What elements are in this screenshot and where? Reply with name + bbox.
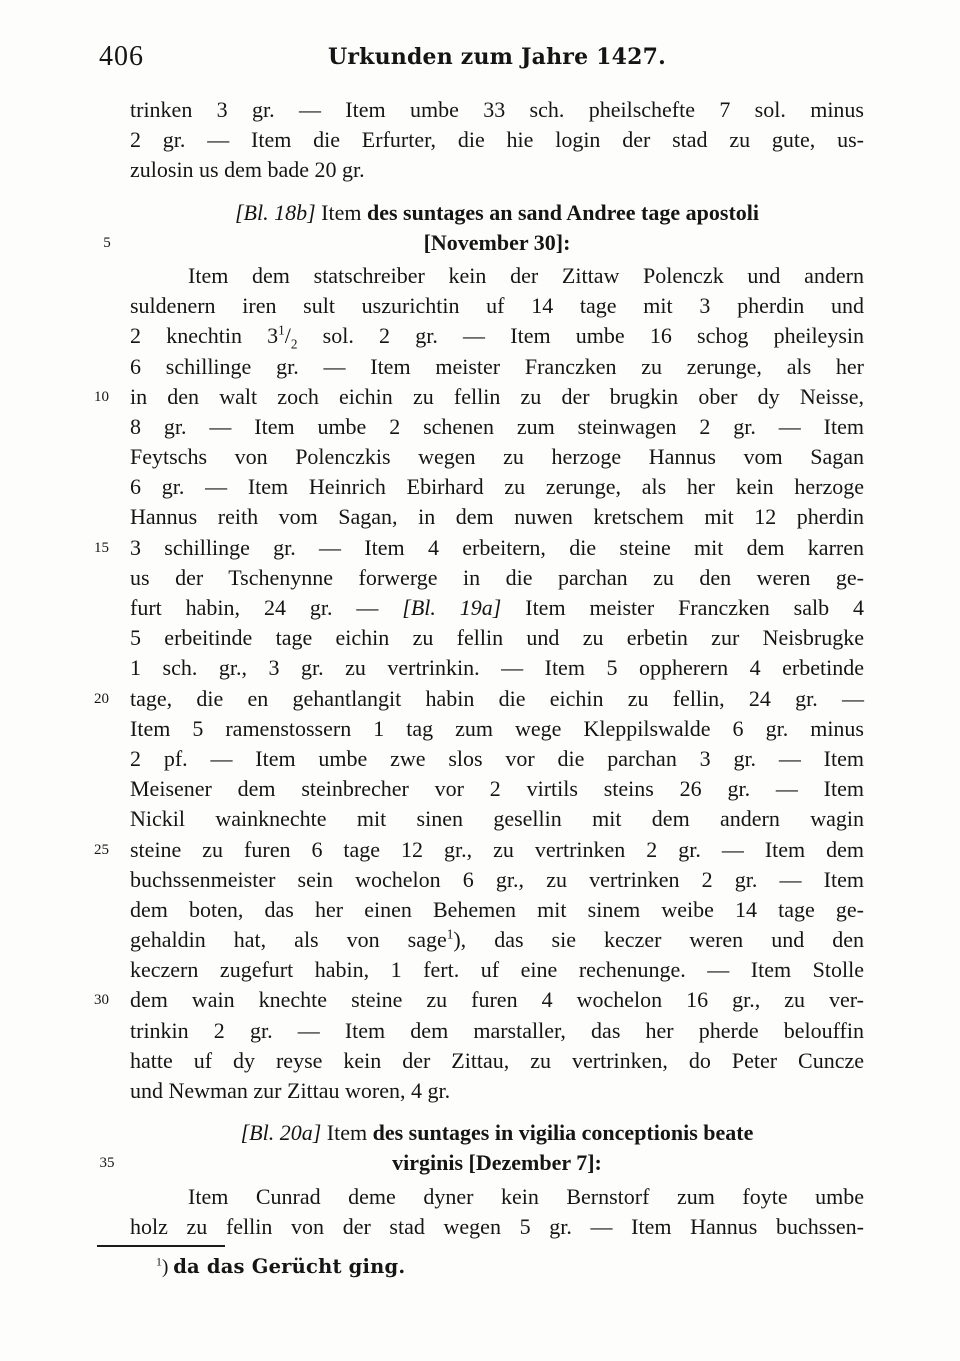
text-segment: dem wain knechte steine zu furen 4 woche…	[130, 987, 864, 1012]
text-line: 1 sch. gr., 3 gr. zu vertrinkin. — Item …	[130, 653, 864, 683]
footnote-section: 1) da das Gerücht ging.	[130, 1245, 864, 1281]
text-segment: und Newman zur Zittau woren, 4 gr.	[130, 1078, 450, 1103]
text-line: zulosin us dem bade 20 gr.	[130, 155, 864, 185]
text-line: 8 gr. — Item umbe 2 schenen zum steinwag…	[130, 412, 864, 442]
italic-folio-reference: [Bl. 19a]	[402, 595, 501, 620]
italic-folio-reference: [Bl. 18b]	[235, 200, 316, 225]
text-line: 6 gr. — Item Heinrich Ebirhard zu zerung…	[130, 472, 864, 502]
margin-line-number: 20	[94, 684, 120, 714]
text-body: trinken 3 gr. — Item umbe 33 sch. pheils…	[130, 95, 864, 1242]
margin-line-number: 25	[94, 835, 120, 865]
section-heading: [Bl. 20a] Item des suntages in vigilia c…	[130, 1118, 864, 1148]
text-segment: Meisener dem steinbrecher vor 2 virtils …	[130, 776, 864, 801]
running-title: Urkunden zum Jahre 1427.	[130, 42, 864, 72]
text-line: Item 5 ramenstossern 1 tag zum wege Klep…	[130, 714, 864, 744]
text-line: Hannus reith vom Sagan, in dem nuwen kre…	[130, 502, 864, 532]
text-segment: 8 gr. — Item umbe 2 schenen zum steinwag…	[130, 414, 864, 439]
text-line: Meisener dem steinbrecher vor 2 virtils …	[130, 774, 864, 804]
margin-line-number: 5	[94, 228, 120, 258]
text-line: 5 erbeitinde tage eichin zu fellin und z…	[130, 623, 864, 653]
bold-text-segment: des suntages an sand Andree tage apostol…	[367, 200, 759, 225]
text-segment: tage, die en gehantlangit habin die eich…	[130, 686, 864, 711]
text-line: keczern zugefurt habin, 1 fert. uf eine …	[130, 955, 864, 985]
text-line: gehaldin hat, als von sage1), das sie ke…	[130, 925, 864, 955]
text-segment: Hannus reith vom Sagan, in dem nuwen kre…	[130, 504, 864, 529]
page-header: 406 Urkunden zum Jahre 1427.	[130, 42, 864, 72]
text-line: holz zu fellin von der stad wegen 5 gr. …	[130, 1212, 864, 1242]
text-segment: 5 erbeitinde tage eichin zu fellin und z…	[130, 625, 864, 650]
text-segment: 2 pf. — Item umbe zwe slos vor die parch…	[130, 746, 864, 771]
text-segment: suldenern iren sult uszurichtin uf 14 ta…	[130, 293, 864, 318]
text-line: 2 pf. — Item umbe zwe slos vor die parch…	[130, 744, 864, 774]
footnote-separator	[97, 1245, 225, 1247]
text-line: furt habin, 24 gr. — [Bl. 19a] Item meis…	[130, 593, 864, 623]
margin-line-number: 35	[94, 1148, 120, 1178]
text-segment: Feytschs von Polenczkis wegen zu herzoge…	[130, 444, 864, 469]
text-line: 6 schillinge gr. — Item meister Franczke…	[130, 352, 864, 382]
fraktur-text-segment: da das Gerücht ging.	[173, 1255, 405, 1278]
text-segment: Item Cunrad deme dyner kein Bernstorf zu…	[188, 1184, 864, 1209]
text-line: 2 knechtin 31/2 sol. 2 gr. — Item umbe 1…	[130, 321, 864, 351]
text-segment: 2 knechtin 3	[130, 323, 278, 348]
bold-text-segment: [November 30]:	[424, 230, 571, 255]
text-segment: steine zu furen 6 tage 12 gr., zu vertri…	[130, 837, 864, 862]
text-line: us der Tschenynne forwerge in die parcha…	[130, 563, 864, 593]
text-line: 30dem wain knechte steine zu furen 4 woc…	[130, 985, 864, 1015]
text-segment: trinkin 2 gr. — Item dem marstaller, das…	[130, 1018, 864, 1043]
text-segment: Item dem statschreiber kein der Zittaw P…	[188, 263, 864, 288]
text-line: dem boten, das her einen Behemen mit sin…	[130, 895, 864, 925]
text-segment: Nickil wainknechte mit sinen gesellin mi…	[130, 806, 864, 831]
text-line: Item Cunrad deme dyner kein Bernstorf zu…	[130, 1182, 864, 1212]
text-segment: furt habin, 24 gr. —	[130, 595, 402, 620]
italic-folio-reference: [Bl. 20a]	[241, 1120, 322, 1145]
text-segment: ), das sie keczer weren und den	[453, 927, 864, 952]
text-line: Nickil wainknechte mit sinen gesellin mi…	[130, 804, 864, 834]
text-line: und Newman zur Zittau woren, 4 gr.	[130, 1076, 864, 1106]
margin-line-number: 10	[94, 382, 120, 412]
bold-text-segment: virginis [Dezember 7]:	[392, 1150, 602, 1175]
text-segment: dem boten, das her einen Behemen mit sin…	[130, 897, 864, 922]
text-line: 10in den walt zoch eichin zu fellin zu d…	[130, 382, 864, 412]
text-segment: 2 gr. — Item die Erfurter, die hie login…	[130, 127, 864, 152]
margin-line-number: 15	[94, 533, 120, 563]
text-line: trinkin 2 gr. — Item dem marstaller, das…	[130, 1016, 864, 1046]
text-line: trinken 3 gr. — Item umbe 33 sch. pheils…	[130, 95, 864, 125]
text-segment: 6 schillinge gr. — Item meister Franczke…	[130, 354, 864, 379]
text-line: suldenern iren sult uszurichtin uf 14 ta…	[130, 291, 864, 321]
margin-line-number: 30	[94, 985, 120, 1015]
text-line: 2 gr. — Item die Erfurter, die hie login…	[130, 125, 864, 155]
text-segment: keczern zugefurt habin, 1 fert. uf eine …	[130, 957, 864, 982]
section-heading: 5[November 30]:	[130, 228, 864, 258]
text-segment: holz zu fellin von der stad wegen 5 gr. …	[130, 1214, 864, 1239]
text-segment: Item	[321, 1120, 372, 1145]
text-segment: Item meister Franczken salb 4	[501, 595, 864, 620]
book-page: 406 Urkunden zum Jahre 1427. trinken 3 g…	[0, 0, 960, 1361]
text-segment: 6 gr. — Item Heinrich Ebirhard zu zerung…	[130, 474, 864, 499]
text-line: 25steine zu furen 6 tage 12 gr., zu vert…	[130, 835, 864, 865]
text-segment: )	[162, 1257, 173, 1278]
text-line: buchssenmeister sein wochelon 6 gr., zu …	[130, 865, 864, 895]
section-heading: 35virginis [Dezember 7]:	[130, 1148, 864, 1178]
text-line: hatte uf dy reyse kein der Zittau, zu ve…	[130, 1046, 864, 1076]
text-segment: us der Tschenynne forwerge in die parcha…	[130, 565, 864, 590]
bold-text-segment: des suntages in vigilia conceptionis bea…	[373, 1120, 754, 1145]
text-line: 20tage, die en gehantlangit habin die ei…	[130, 684, 864, 714]
text-segment: buchssenmeister sein wochelon 6 gr., zu …	[130, 867, 864, 892]
text-segment: sol. 2 gr. — Item umbe 16 schog pheileys…	[297, 323, 864, 348]
text-segment: Item 5 ramenstossern 1 tag zum wege Klep…	[130, 716, 864, 741]
text-segment: 3 schillinge gr. — Item 4 erbeitern, die…	[130, 535, 864, 560]
text-segment: hatte uf dy reyse kein der Zittau, zu ve…	[130, 1048, 864, 1073]
text-segment: in den walt zoch eichin zu fellin zu der…	[130, 384, 864, 409]
text-line: Feytschs von Polenczkis wegen zu herzoge…	[130, 442, 864, 472]
text-segment: 1 sch. gr., 3 gr. zu vertrinkin. — Item …	[130, 655, 864, 680]
text-segment: Item	[316, 200, 367, 225]
page-number: 406	[99, 43, 144, 71]
section-heading: [Bl. 18b] Item des suntages an sand Andr…	[130, 198, 864, 228]
footnote: 1) da das Gerücht ging.	[130, 1254, 864, 1281]
text-line: Item dem statschreiber kein der Zittaw P…	[130, 261, 864, 291]
text-segment: zulosin us dem bade 20 gr.	[130, 157, 365, 182]
text-segment: gehaldin hat, als von sage	[130, 927, 447, 952]
text-line: 153 schillinge gr. — Item 4 erbeitern, d…	[130, 533, 864, 563]
text-segment: trinken 3 gr. — Item umbe 33 sch. pheils…	[130, 97, 864, 122]
superscript-marker: 1	[278, 323, 285, 338]
